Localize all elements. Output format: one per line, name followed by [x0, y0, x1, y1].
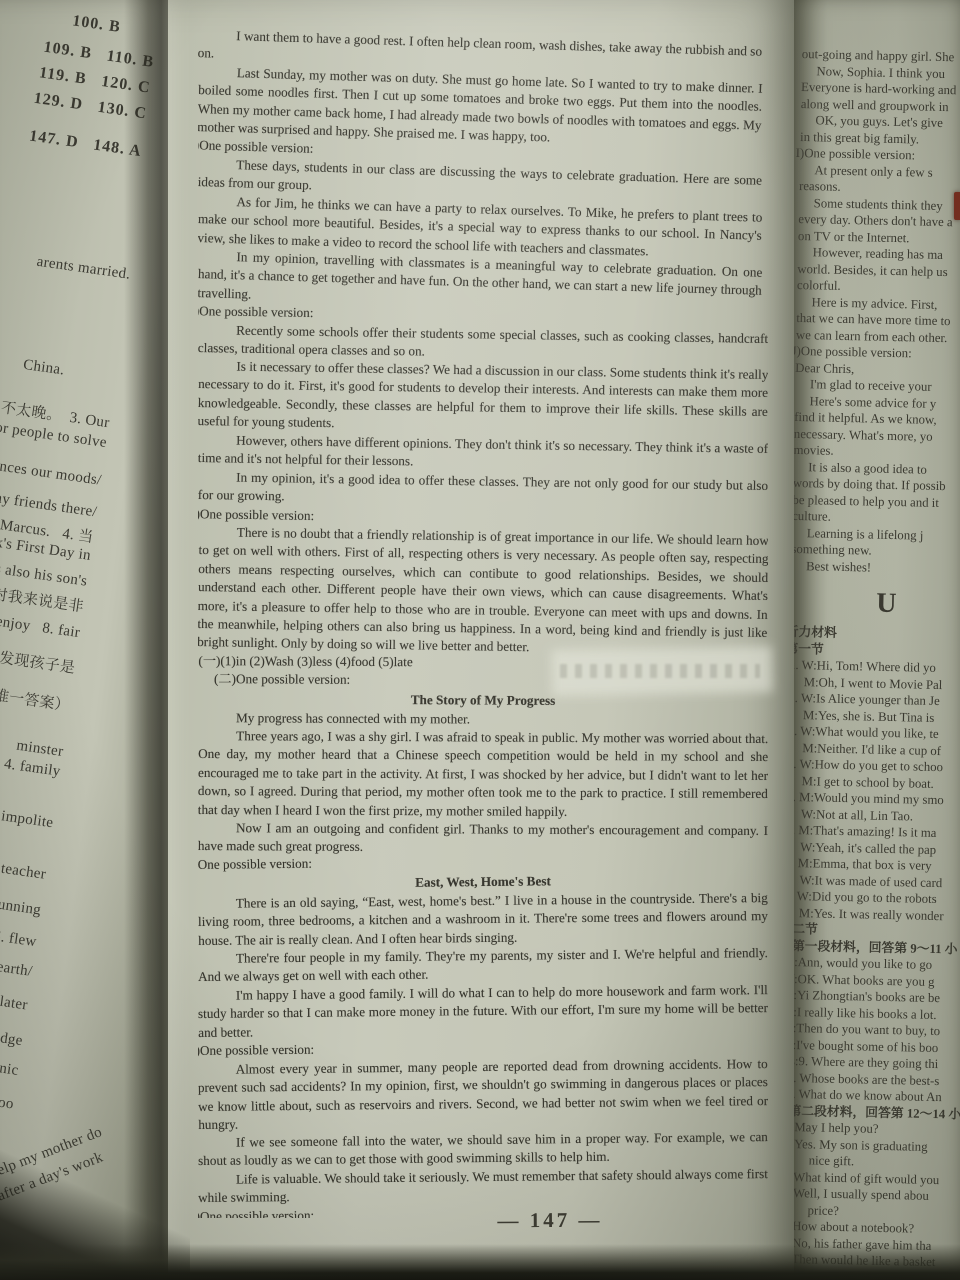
paragraph: Life is valuable. We should take it seri…: [198, 1165, 768, 1208]
paper-smudge-marks: [560, 664, 760, 678]
main-page-text: I want them to have a good rest. I often…: [198, 26, 768, 1218]
right-page-text-line: U: [794, 586, 960, 625]
page-number: — 147 —: [450, 1207, 650, 1233]
left-page-text-line: uences our moods/: [0, 446, 102, 489]
paragraph: Three years ago, I was a shy girl. I was…: [198, 727, 768, 822]
table-surface-shadow: [0, 1244, 960, 1280]
left-page-text-line: arents married.: [0, 240, 131, 283]
right-page-fragment: out-going and happy girl. SheNow, Sophia…: [794, 0, 960, 1280]
left-page-text-line: China.: [0, 336, 65, 379]
paragraph: There're four people in my family. They'…: [198, 944, 768, 987]
left-page-text-line: 100. B: [0, 0, 122, 37]
paragraph: There is an old saying, “East, west, hom…: [198, 889, 768, 950]
left-page-fragment: 100. B109. B 110. B119. B 120. C129. D 1…: [0, 0, 176, 1280]
left-page-text-line: 7. teacher: [0, 841, 47, 884]
left-page-text-line: 147. D 148. A: [0, 117, 143, 161]
red-bookmark-edge: [954, 192, 960, 220]
left-page-text-line: 7. impolite: [0, 789, 54, 832]
main-page: I want them to have a good rest. I often…: [168, 0, 796, 1280]
paragraph: There is no doubt that a friendly relati…: [198, 523, 768, 661]
right-page-text-line: Best wishes!: [794, 557, 960, 580]
left-page-text-line: minster: [0, 718, 64, 761]
paragraph: I'm happy I have a good family. I will d…: [198, 981, 768, 1042]
paragraph: Almost every year in summer, many people…: [198, 1055, 768, 1135]
paragraph: If we see someone fall into the water, w…: [198, 1128, 768, 1171]
right-page-lines: out-going and happy girl. SheNow, Sophia…: [794, 46, 960, 1274]
paragraph: Is it necessary to offer these classes? …: [198, 357, 768, 440]
book-page-photo: 100. B109. B 110. B119. B 120. C129. D 1…: [0, 0, 960, 1280]
left-page-lines: 100. B109. B 110. B119. B 120. C129. D 1…: [0, 0, 174, 20]
